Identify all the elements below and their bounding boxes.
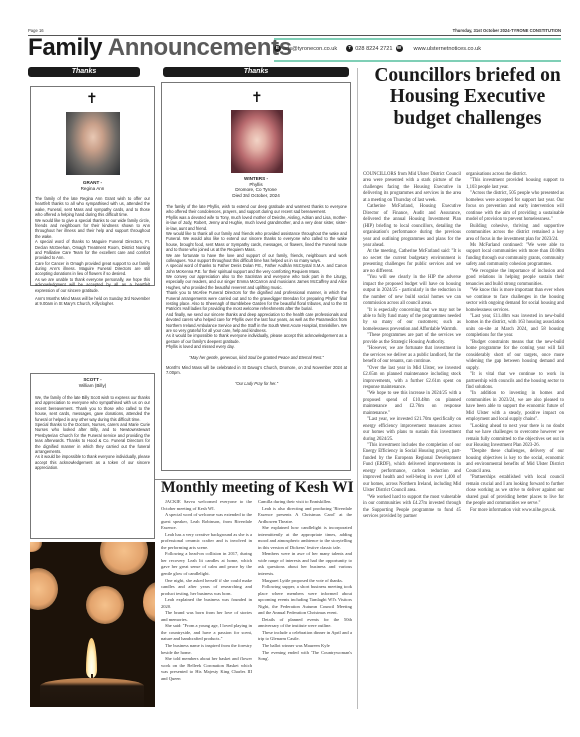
article-paragraph: She explained how candlelight is incorpo… (258, 525, 352, 551)
article-paragraph: Following supper, a short business meeti… (258, 584, 352, 617)
notice-paragraph: Phyllis was a devoted wife to Tony, much… (166, 215, 347, 231)
cross-icon: ✝ (86, 91, 98, 105)
kesh-headline: Monthly meeting of Kesh WI (161, 479, 354, 497)
notice-paragraph: The family of the late Phyllis, wish to … (166, 204, 347, 215)
article-paragraph: Members were in awe of her many talents … (258, 551, 352, 577)
article-paragraph: COUNCILLORS from Mid Ulster District Cou… (363, 172, 461, 204)
article-paragraph: The brand was born from her love of stor… (161, 610, 252, 623)
notice-surname: WINTERS - (244, 176, 268, 181)
notice-scott: SCOTT - William (Billy) We, the family o… (30, 373, 155, 539)
portrait-grant (66, 112, 120, 175)
article-paragraph: "Across the district, 505 people who pre… (466, 191, 564, 223)
email-link[interactable]: ads@tyronecon.co.uk (283, 46, 337, 52)
notice-paragraph: Thank you to McAfee Funeral Directors fo… (166, 290, 347, 312)
contact-row: E ads@tyronecon.co.uk T 028 8224 2721 W … (274, 45, 481, 52)
notice-paragraph: Care for Cancer in Omagh provided great … (35, 261, 150, 277)
thanks-banner-left: Thanks (28, 67, 140, 77)
kesh-column-1: JACKIE Savva welcomed everyone to the Oc… (161, 499, 252, 682)
column-divider (357, 68, 358, 709)
notice-paragraph: Special thanks to the Doctors, Nurses, c… (35, 422, 150, 454)
article-paragraph: "Over the last year in Mid Ulster, we in… (363, 366, 461, 392)
email-icon: E (274, 45, 281, 52)
notice-body: The family of the late Regina Ann Grant … (35, 196, 150, 307)
notice-paragraph: As we are unable to thank everyone perso… (35, 277, 150, 293)
article-paragraph: "You will see clearly in the HIP the adv… (363, 275, 461, 307)
article-paragraph: "Looking ahead to next year there is no … (466, 424, 564, 450)
title-announcements: Announcements (108, 34, 292, 61)
portrait-winters (231, 110, 283, 173)
article-paragraph: Leah explained the business was founded … (161, 597, 252, 610)
page-title: Family Announcements (28, 34, 292, 62)
article-paragraph: "Despite these challenges, delivery of o… (466, 449, 564, 475)
article-paragraph: Following a head-on collision in 2017, d… (161, 551, 252, 577)
article-paragraph: "Budget constraints means that the new-b… (466, 340, 564, 372)
title-family: Family (28, 34, 102, 61)
article-paragraph: "It is especially concerning that we may… (363, 308, 461, 334)
article-paragraph: Catherine McFarland, Housing Executive D… (363, 204, 461, 249)
article-paragraph: For more information visit www.nihe.gov.… (466, 508, 564, 514)
notice-body: The family of the late Phyllis, wish to … (166, 204, 347, 388)
notice-forename: Phyllis (249, 182, 262, 187)
notice-paragraph: A special word of thanks to Father Denis… (166, 263, 347, 274)
dateline: Thursday, 31st October 2024-TYRONE CONST… (453, 28, 561, 33)
notice-paragraph: As it would be impossible to thank every… (166, 333, 347, 344)
notice-paragraph: As it would be impossible to thank every… (35, 454, 150, 470)
article-paragraph: She told members about her basket and fl… (161, 656, 252, 682)
article-paragraph: Ms McFarland continued: "We were able to… (466, 243, 564, 269)
notice-surname: SCOTT - (83, 377, 101, 382)
memorial-verse: "May her gentle, generous, kind Soul be … (166, 353, 347, 362)
candle-photo (30, 542, 155, 707)
article-paragraph: "We hope to see this increase in 2024/25… (363, 391, 461, 417)
notice-forename: William (Billy) (79, 383, 107, 388)
months-mind-notice: Ann's Months Mind Mass will be held on S… (35, 296, 150, 307)
notice-paragraph: The family of the late Regina Ann Grant … (35, 196, 150, 218)
notice-body: We, the family of the late Billy Scott w… (35, 395, 150, 470)
article-paragraph: "Last year, £11.40m was invested in new-… (466, 314, 564, 340)
article-paragraph: At the meeting, Catherine McFarland said… (363, 249, 461, 275)
notice-paragraph: Phyllis is loved and missed every day. (166, 344, 347, 349)
notice-paragraph: A special word of thanks to Maguire Fune… (35, 239, 150, 261)
article-paragraph: Building cohesive, thriving and supporti… (466, 224, 564, 243)
notice-surname: GRANT - (83, 180, 102, 185)
housing-column-1: COUNCILLORS from Mid Ulster District Cou… (363, 172, 461, 520)
contact-rule-top (274, 38, 561, 40)
article-paragraph: "However, we are fortunate that investme… (363, 346, 461, 365)
contact-bar: E ads@tyronecon.co.uk T 028 8224 2721 W … (274, 38, 561, 62)
article-paragraph: Leah is also directing and producing 'Ri… (258, 506, 352, 526)
notice-name: WINTERS - Phyllis Dromore, Co Tyrone Die… (162, 176, 350, 199)
article-paragraph: The business name is inspired from the f… (161, 643, 252, 656)
article-paragraph: "We know this is more important than eve… (466, 288, 564, 314)
notice-name: GRANT - Regina Ann (31, 180, 154, 191)
notice-grant: ✝ GRANT - Regina Ann The family of the l… (30, 86, 155, 286)
kesh-column-2: Camilla during their visit to Enniskille… (258, 499, 352, 663)
phone-icon: T (346, 45, 353, 52)
article-paragraph: "Partnerships established with local cou… (466, 475, 564, 507)
article-paragraph: One night, she asked herself if she coul… (161, 578, 252, 598)
housing-column-2: organisations across the district. "This… (466, 172, 564, 514)
article-paragraph: She said: "From a young age, I loved pla… (161, 623, 252, 643)
article-paragraph: Details of planned events for the 50th a… (258, 617, 352, 630)
phone-number: 028 8224 2721 (355, 46, 392, 52)
months-mind-notice: Month's Mind Mass will be celebrated in … (166, 365, 347, 376)
thanks-banner-right: Thanks (163, 67, 349, 77)
article-paragraph: A special word of welcome was extended t… (161, 512, 252, 532)
article-paragraph: These include a celebration dinner in Ap… (258, 630, 352, 643)
cross-icon: ✝ (251, 90, 263, 104)
notice-paragraph: We convey our appreciation also to the S… (166, 274, 347, 290)
article-paragraph: "These programmes are part of the servic… (363, 333, 461, 346)
web-icon: W (396, 45, 403, 52)
newspaper-page: Page 16 Thursday, 31st October 2024-TYRO… (0, 0, 580, 737)
article-paragraph: JACKIE Savva welcomed everyone to the Oc… (161, 499, 252, 512)
article-paragraph: "We worked hard to support the most vuln… (363, 495, 461, 521)
website-link[interactable]: www.ulsternetnotices.co.uk (414, 46, 481, 52)
notice-paragraph: We are fortunate to have the love and su… (166, 253, 347, 264)
article-paragraph: Leah has a very creative background as s… (161, 532, 252, 552)
article-paragraph: "Last year, we invested £21.70m specific… (363, 417, 461, 443)
flame (86, 638, 97, 678)
article-paragraph: "We recognise the importance of inclusio… (466, 269, 564, 288)
notice-forename: Regina Ann (81, 186, 105, 191)
article-paragraph: "It is vital that we continue to work in… (466, 372, 564, 391)
article-paragraph: The evening ended with 'The Countrywoman… (258, 650, 352, 663)
notice-place: Dromore, Co Tyrone (235, 187, 277, 192)
notice-paragraph: We, the family of the late Billy Scott w… (35, 395, 150, 422)
closing-prayer: "Our Lady Pray for her." (166, 379, 347, 388)
contact-rule-bottom (274, 60, 561, 62)
notice-name: SCOTT - William (Billy) (31, 377, 154, 388)
article-paragraph: "This investment provided housing suppor… (466, 178, 564, 191)
page-number: Page 16 (28, 28, 44, 33)
notice-died: Died 3rd October, 2024 (232, 193, 280, 198)
notice-winters: ✝ WINTERS - Phyllis Dromore, Co Tyrone D… (161, 82, 351, 471)
notice-paragraph: We would like to give a special thanks t… (35, 218, 150, 240)
housing-headline: Councillors briefed on Housing Executive… (365, 65, 570, 129)
article-paragraph: "In addition to investing in homes and c… (466, 391, 564, 423)
article-paragraph: "This investment includes the completion… (363, 443, 461, 495)
tealight (40, 678, 144, 707)
notice-paragraph: We would like to thank all our family an… (166, 231, 347, 253)
notice-paragraph: And finally, we send our sincere thanks … (166, 312, 347, 334)
